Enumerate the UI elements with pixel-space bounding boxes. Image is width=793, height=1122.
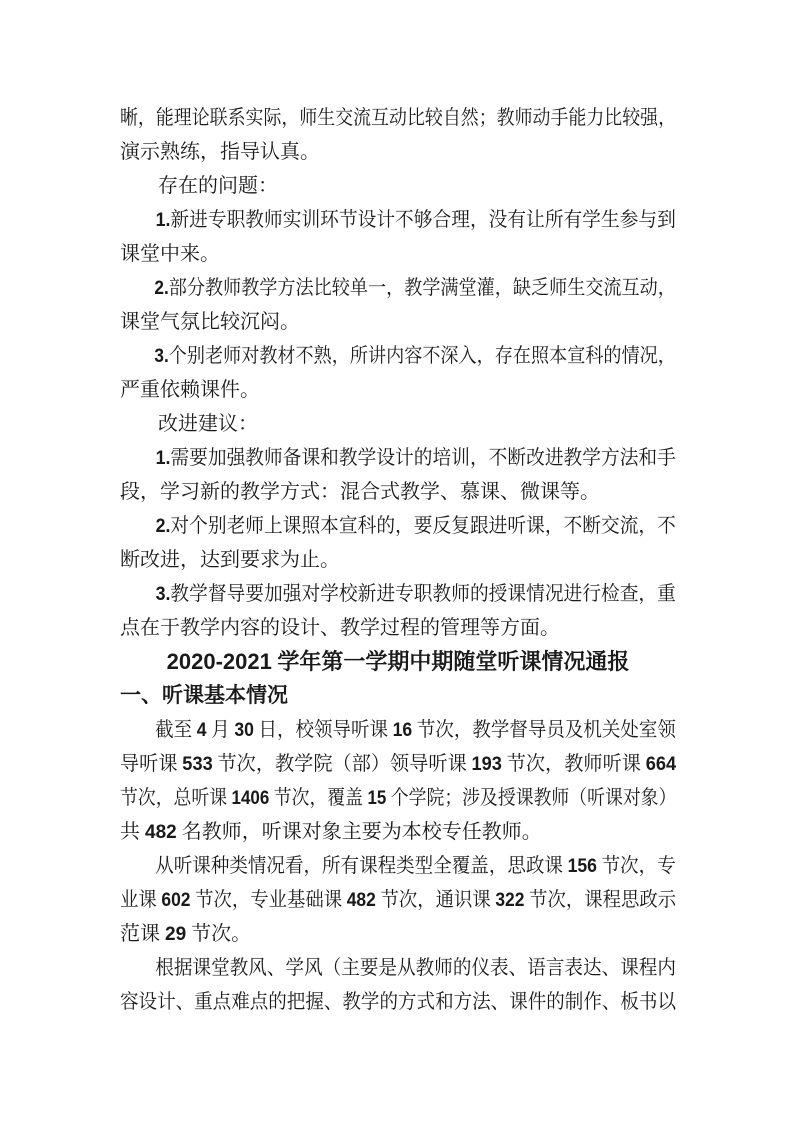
numeric-text: 2. <box>154 278 168 299</box>
section-heading: 一、听课基本情况 <box>120 679 676 713</box>
numeric-text: 4 <box>197 720 207 741</box>
numeric-text: 30 <box>234 720 254 741</box>
paragraph-line: 课堂气氛比较沉闷。 <box>120 305 676 339</box>
numeric-text: 2020-2021 <box>167 649 272 674</box>
paragraph-line: 根据课堂教风、学风（主要是从教师的仪表、语言表达、课程内 <box>120 951 637 985</box>
paragraph-line: 范课 29 节次。 <box>120 917 676 951</box>
numeric-text: 482 <box>347 890 376 911</box>
numeric-text: 1. <box>156 210 171 231</box>
paragraph-line: 3.个别老师对教材不熟，所讲内容不深入，存在照本宣科的情况， <box>120 339 623 373</box>
numeric-text: 322 <box>495 890 524 911</box>
numeric-text: 1406 <box>232 788 270 809</box>
paragraph-line: 3.教学督导要加强对学校新进专职教师的授课情况进行检查，重 <box>120 577 640 611</box>
document-page: 晰，能理论联系实际，师生交流互动比较自然；教师动手能力比较强，演示熟练，指导认真… <box>0 0 793 1122</box>
paragraph-line: 演示熟练，指导认真。 <box>120 135 676 169</box>
report-title: 2020-2021 学年第一学期中期随堂听课情况通报 <box>120 645 676 679</box>
paragraph-line: 共 482 名教师，听课对象主要为本校专任教师。 <box>120 815 676 849</box>
paragraph-line: 严重依赖课件。 <box>120 373 676 407</box>
numeric-text: 664 <box>646 754 676 775</box>
paragraph-line: 容设计、重点难点的把握、教学的方式和方法、课件的制作、板书以 <box>120 985 635 1019</box>
numeric-text: 29 <box>165 924 186 945</box>
paragraph-line: 1.新进专职教师实训环节设计不够合理，没有让所有学生参与到 <box>120 203 640 237</box>
numeric-text: 533 <box>182 754 212 775</box>
paragraph-line: 截至 4 月 30 日，校领导听课 16 节次，教学督导员及机关处室领 <box>120 713 634 747</box>
numeric-text: 16 <box>393 720 413 741</box>
paragraph-line: 点在于教学内容的设计、教学过程的管理等方面。 <box>120 611 676 645</box>
numeric-text: 602 <box>161 890 190 911</box>
numeric-text: 3. <box>156 584 171 605</box>
numeric-text: 482 <box>145 822 177 843</box>
numeric-text: 15 <box>367 788 386 809</box>
numeric-text: 1. <box>156 448 171 469</box>
numeric-text: 2. <box>156 516 171 537</box>
paragraph-line: 2.部分教师教学方法比较单一，教学满堂灌，缺乏师生交流互动， <box>120 271 623 305</box>
paragraph-line: 晰，能理论联系实际，师生交流互动比较自然；教师动手能力比较强， <box>120 101 619 135</box>
numeric-text: 193 <box>472 754 502 775</box>
numeric-text: 3. <box>154 346 168 367</box>
document-content: 晰，能理论联系实际，师生交流互动比较自然；教师动手能力比较强，演示熟练，指导认真… <box>120 101 676 1019</box>
paragraph-line: 断改进，达到要求为止。 <box>120 543 676 577</box>
paragraph-line: 改进建议： <box>120 407 676 441</box>
paragraph-line: 业课 602 节次，专业基础课 482 节次，通识课 322 节次，课程思政示 <box>120 883 631 917</box>
numeric-text: 156 <box>568 856 597 877</box>
paragraph-line: 2.对个别老师上课照本宣科的，要反复跟进听课，不断交流，不 <box>120 509 640 543</box>
paragraph-line: 课堂中来。 <box>120 237 676 271</box>
paragraph-line: 导听课 533 节次，教学院（部）领导听课 193 节次，教师听课 664 <box>120 747 653 781</box>
paragraph-line: 从听课种类情况看，所有课程类型全覆盖，思政课 156 节次，专 <box>120 849 635 883</box>
paragraph-line: 节次，总听课 1406 节次，覆盖 15 个学院；涉及授课教师（听课对象） <box>120 781 616 815</box>
paragraph-line: 1.需要加强教师备课和教学设计的培训，不断改进教学方法和手 <box>120 441 640 475</box>
paragraph-line: 段，学习新的教学方式：混合式教学、慕课、微课等。 <box>120 475 676 509</box>
paragraph-line: 存在的问题： <box>120 169 676 203</box>
